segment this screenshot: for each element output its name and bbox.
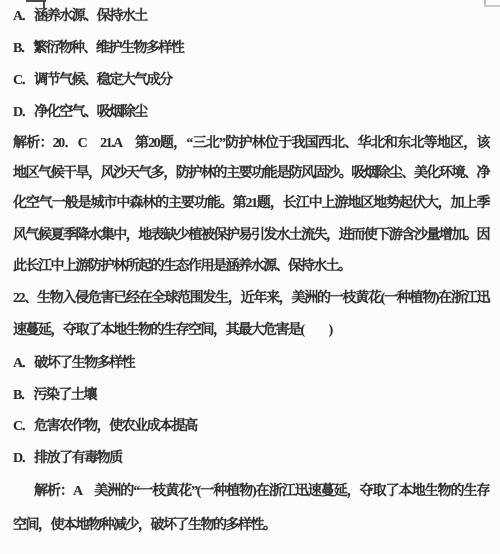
- analysis-20-21-line-1: 解析：20．C 21.A 第20题，“三北”防护林位于我国西北、华北和东北等地区…: [13, 135, 489, 152]
- option-q21-d: D．净化空气、吸烟除尘: [13, 104, 489, 121]
- option-q22-a: A．破坏了生物多样性: [13, 355, 489, 372]
- question-22-line-2: 速蔓延，夺取了本地生物的生存空间，其最大危害是( ): [13, 322, 489, 339]
- option-q22-d: D．排放了有毒物质: [13, 450, 489, 467]
- option-q22-c: C．危害农作物，使农业成本提高: [13, 418, 489, 435]
- option-q22-b: B．污染了土壤: [13, 387, 489, 404]
- analysis-22-line-1: 解析：A 美洲的“一枝黄花”(一种植物)在浙江迅速蔓延，夺取了本地生物的生存: [13, 483, 489, 500]
- option-q21-b: B．繁衍物种、维护生物多样性: [13, 40, 489, 57]
- option-q21-c: C．调节气候、稳定大气成分: [13, 72, 489, 89]
- scan-border-artifact-top-left-vertical: [43, 0, 45, 8]
- scanned-exam-page: A．涵养水源、保持水土 B．繁衍物种、维护生物多样性 C．调节气候、稳定大气成分…: [0, 0, 500, 554]
- scan-border-artifact-top-right-horizontal: [484, 5, 500, 7]
- analysis-22-line-2: 空间，使本地物种减少，破坏了生物的多样性。: [13, 517, 489, 534]
- option-q21-a: A．涵养水源、保持水土: [13, 8, 489, 25]
- question-22-line-1: 22、生物入侵危害已经在全球范围发生，近年来，美洲的一枝黄花(一种植物)在浙江迅: [13, 290, 489, 307]
- analysis-20-21-line-4: 风气候夏季降水集中，地表缺少植被保护易引发水土流失，进而使下游含沙量增加。因: [13, 227, 489, 244]
- analysis-20-21-line-5: 此长江中上游防护林所起的生态作用是涵养水源、保持水土。: [13, 258, 489, 275]
- analysis-20-21-line-3: 化空气一般是城市中森林的主要功能。第21题，长江中上游地区地势起伏大，加上季: [13, 195, 489, 212]
- analysis-20-21-line-2: 地区气候干旱，风沙天气多，防护林的主要功能是防风固沙。吸烟除尘、美化环境、净: [13, 165, 489, 182]
